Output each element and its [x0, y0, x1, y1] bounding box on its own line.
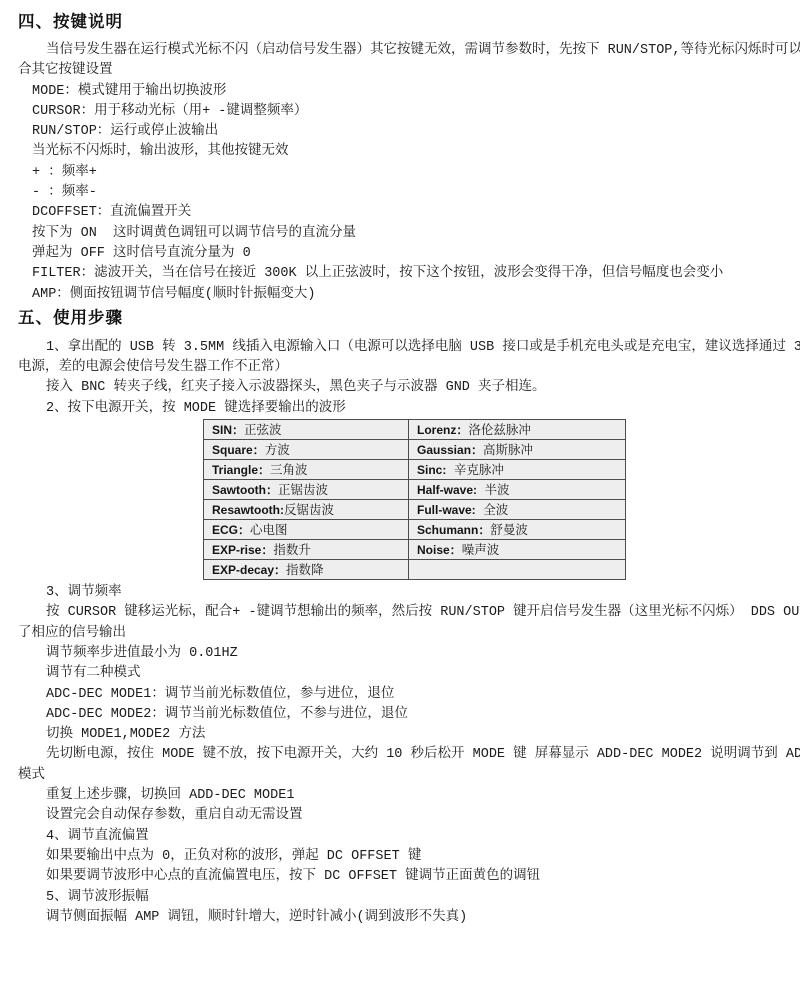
waveform-cell-right	[409, 560, 626, 580]
waveform-table-body: SIN：正弦波 Lorenz：洛伦兹脉冲 Square：方波 Gaussian：…	[204, 420, 626, 580]
waveform-name-label: SIN：	[212, 423, 244, 437]
text-line: 调节频率步进值最小为 0.01HZ	[46, 644, 790, 664]
waveform-name-label: EXP-rise：	[212, 543, 273, 557]
text-line: DCOFFSET：直流偏置开关	[32, 203, 790, 223]
waveform-name-label: Triangle：	[212, 463, 270, 477]
text-line: 切换 MODE1,MODE2 方法	[46, 725, 790, 745]
waveform-cell-right: Schumann：舒曼波	[409, 520, 626, 540]
waveform-name-desc: 方波	[265, 444, 290, 458]
text-line: 如果要输出中点为 0，正负对称的波形，弹起 DC OFFSET 键	[46, 847, 790, 867]
waveform-cell-left: Triangle：三角波	[204, 460, 409, 480]
text-line: 合其它按键设置	[18, 61, 790, 81]
waveform-name-desc: 反锯齿波	[284, 504, 334, 518]
text-line: 重复上述步骤，切换回 ADD-DEC MODE1	[46, 786, 790, 806]
waveform-name-label: Schumann：	[417, 523, 490, 537]
waveform-name-label: Half-wave:	[417, 483, 477, 497]
manual-page: 四、按键说明 当信号发生器在运行模式光标不闪（启动信号发生器）其它按键无效，需调…	[0, 0, 800, 985]
waveform-table-row: ECG：心电图 Schumann：舒曼波	[204, 520, 626, 540]
text-line: 调节有二种模式	[46, 664, 790, 684]
waveform-table-row: Square：方波 Gaussian：高斯脉冲	[204, 440, 626, 460]
waveform-name-desc: 噪声波	[462, 544, 500, 558]
waveform-table-row: EXP-rise：指数升 Noise：噪声波	[204, 540, 626, 560]
waveform-table-row: Resawtooth:反锯齿波 Full-wave: 全波	[204, 500, 626, 520]
waveform-table-row: Sawtooth：正锯齿波 Half-wave: 半波	[204, 480, 626, 500]
waveform-cell-left: Resawtooth:反锯齿波	[204, 500, 409, 520]
waveform-name-desc: 辛克脉冲	[446, 464, 504, 478]
text-line: 按下为 ON 这时调黄色调钮可以调节信号的直流分量	[32, 224, 790, 244]
text-line: 弹起为 OFF 这时信号直流分量为 0	[32, 244, 790, 264]
text-line: MODE：模式键用于输出切换波形	[32, 82, 790, 102]
section-keys-heading: 四、按键说明	[18, 10, 790, 34]
text-line: AMP：侧面按钮调节信号幅度(顺时针振幅变大)	[32, 285, 790, 305]
waveform-name-label: Sawtooth：	[212, 483, 278, 497]
text-line: - ：频率-	[32, 183, 790, 203]
waveform-cell-right: Full-wave: 全波	[409, 500, 626, 520]
text-line: 电源，差的电源会使信号发生器工作不正常）	[18, 358, 790, 378]
waveform-name-desc: 三角波	[270, 464, 308, 478]
waveform-cell-left: EXP-decay：指数降	[204, 560, 409, 580]
waveform-name-label: Full-wave:	[417, 503, 476, 517]
waveform-name-desc: 舒曼波	[490, 524, 528, 538]
text-line: 先切断电源，按住 MODE 键不放，按下电源开关，大约 10 秒后松开 MODE…	[46, 745, 790, 765]
waveform-name-desc: 半波	[477, 484, 510, 498]
waveform-name-desc: 洛伦兹脉冲	[468, 424, 531, 438]
text-line: 2、按下电源开关，按 MODE 键选择要输出的波形	[46, 399, 790, 419]
waveform-cell-left: SIN：正弦波	[204, 420, 409, 440]
waveform-name-desc: 正弦波	[244, 424, 282, 438]
waveform-name-desc: 高斯脉冲	[483, 444, 533, 458]
waveform-cell-right: Sinc: 辛克脉冲	[409, 460, 626, 480]
waveform-name-label: Square：	[212, 443, 265, 457]
text-line: 了相应的信号输出	[18, 624, 790, 644]
waveform-name-label: Resawtooth:	[212, 503, 284, 517]
waveform-name-desc: 指数升	[273, 544, 311, 558]
waveform-table-row: Triangle：三角波 Sinc: 辛克脉冲	[204, 460, 626, 480]
text-line: FILTER：滤波开关，当在信号在接近 300K 以上正弦波时，按下这个按钮，波…	[32, 264, 790, 284]
waveform-name-label: Lorenz：	[417, 423, 468, 437]
waveform-name-label: EXP-decay：	[212, 563, 286, 577]
text-line: 1、拿出配的 USB 转 3.5MM 线插入电源输入口（电源可以选择电脑 USB…	[46, 338, 790, 358]
text-line: ADC-DEC MODE1：调节当前光标数值位，参与进位，退位	[46, 685, 790, 705]
waveform-cell-left: ECG：心电图	[204, 520, 409, 540]
waveform-cell-left: Square：方波	[204, 440, 409, 460]
text-line: 5、调节波形振幅	[46, 888, 790, 908]
section-keys-body: 当信号发生器在运行模式光标不闪（启动信号发生器）其它按键无效，需调节参数时，先按…	[18, 41, 790, 305]
waveform-name-desc: 心电图	[250, 524, 288, 538]
text-line: 按 CURSOR 键移运光标，配合+ -键调节想输出的频率，然后按 RUN/ST…	[46, 603, 790, 623]
text-line: 设置完会自动保存参数，重启自动无需设置	[46, 806, 790, 826]
waveform-table-row: SIN：正弦波 Lorenz：洛伦兹脉冲	[204, 420, 626, 440]
text-line: 调节侧面振幅 AMP 调钮，顺时针增大，逆时针减小(调到波形不失真)	[46, 908, 790, 928]
text-line: 接入 BNC 转夹子线，红夹子接入示波器探头，黑色夹子与示波器 GND 夹子相连…	[46, 378, 790, 398]
waveform-name-label: Noise：	[417, 543, 462, 557]
section-steps-heading: 五、使用步骤	[18, 306, 790, 330]
section-steps-body-after-table: 3、调节频率 按 CURSOR 键移运光标，配合+ -键调节想输出的频率，然后按…	[18, 583, 790, 928]
text-line: 4、调节直流偏置	[46, 827, 790, 847]
text-line: 当光标不闪烁时，输出波形，其他按键无效	[32, 142, 790, 162]
waveform-table: SIN：正弦波 Lorenz：洛伦兹脉冲 Square：方波 Gaussian：…	[203, 419, 626, 580]
text-line: ADC-DEC MODE2：调节当前光标数值位，不参与进位，退位	[46, 705, 790, 725]
waveform-name-desc: 正锯齿波	[278, 484, 328, 498]
waveform-cell-right: Gaussian：高斯脉冲	[409, 440, 626, 460]
text-line: 模式	[18, 766, 790, 786]
text-line: 当信号发生器在运行模式光标不闪（启动信号发生器）其它按键无效，需调节参数时，先按…	[46, 41, 790, 61]
waveform-name-label: Sinc:	[417, 463, 446, 477]
text-line: + ：频率+	[32, 163, 790, 183]
text-line: 如果要调节波形中心点的直流偏置电压，按下 DC OFFSET 键调节正面黄色的调…	[46, 867, 790, 887]
waveform-name-label: Gaussian：	[417, 443, 483, 457]
waveform-cell-left: Sawtooth：正锯齿波	[204, 480, 409, 500]
waveform-name-desc: 全波	[476, 504, 509, 518]
section-steps-body-before-table: 1、拿出配的 USB 转 3.5MM 线插入电源输入口（电源可以选择电脑 USB…	[18, 338, 790, 419]
waveform-table-row: EXP-decay：指数降	[204, 560, 626, 580]
waveform-name-label: ECG：	[212, 523, 250, 537]
text-line: CURSOR：用于移动光标（用+ -键调整频率）	[32, 102, 790, 122]
text-line: 3、调节频率	[46, 583, 790, 603]
waveform-cell-right: Lorenz：洛伦兹脉冲	[409, 420, 626, 440]
waveform-cell-right: Half-wave: 半波	[409, 480, 626, 500]
waveform-name-desc: 指数降	[286, 564, 324, 578]
waveform-cell-left: EXP-rise：指数升	[204, 540, 409, 560]
text-line: RUN/STOP：运行或停止波输出	[32, 122, 790, 142]
waveform-cell-right: Noise：噪声波	[409, 540, 626, 560]
